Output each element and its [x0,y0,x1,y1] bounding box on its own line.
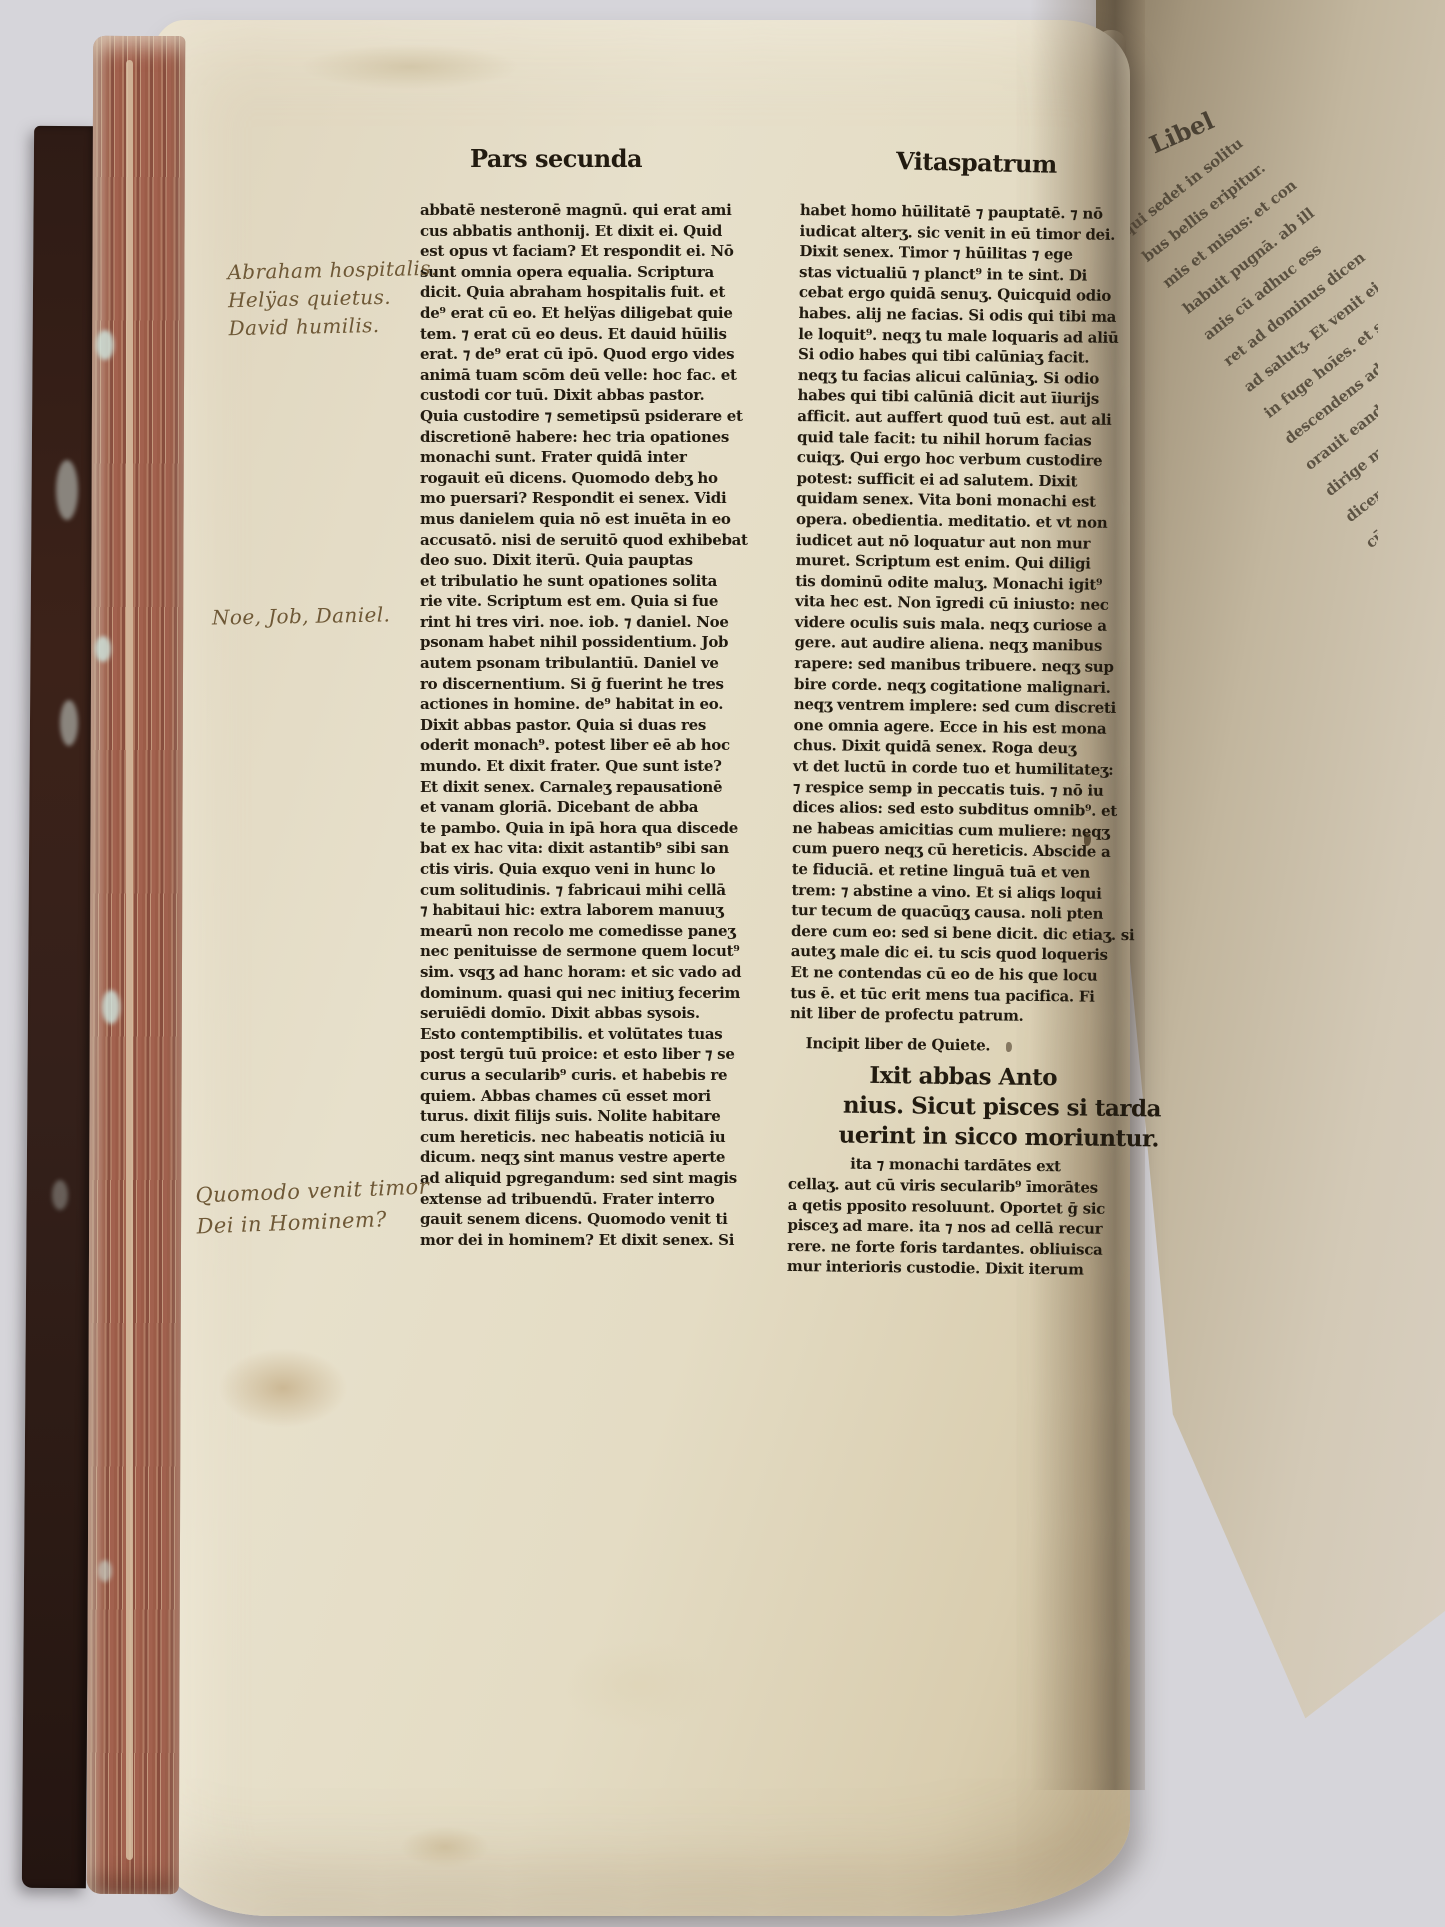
text-line: erat. ⁊ de⁹ erat cū ipō. Quod ergo vides [420,344,750,365]
text-line: rint hi tres viri. noe. iob. ⁊ daniel. N… [420,612,750,633]
fore-edge-scuff [95,636,111,662]
text-line: sim. vsqʒ ad hanc horam: et sic vado ad [420,962,750,983]
text-line: cum solitudinis. ⁊ fabricaui mihi cellā [420,880,750,901]
fore-edge-scuff [96,330,114,360]
text-line: accusatō. nisi de seruitō quod exhibebat [420,530,750,551]
text-line: seruiēdi domīo. Dixit abbas sysois. [420,1003,750,1024]
text-line: mo puersari? Respondit ei senex. Vidi [420,488,750,509]
text-line: mus danielem quia nō est inuēta in eo [420,509,750,530]
text-line: te pambo. Quia in ipā hora qua discede [420,818,750,839]
marginal-note-abraham-helyas-david: Abraham hospitalis.Helÿas quietus.David … [227,254,439,342]
text-line: Abraham hospitalis. [227,254,438,286]
text-line: deo suo. Dixit iterū. Quia pauptas [420,550,750,571]
text-line: de⁹ erat cū eo. Et helÿas diligebat quie [420,303,750,324]
text-line: nit liber de profectu patrum. [790,1003,1125,1028]
stained-fore-edge [87,36,185,1894]
right-column-body: habet homo hūilitatē ⁊ pauptatē. ⁊ nōiud… [790,200,1135,1028]
text-line: Ixit abbas Anto [869,1061,1124,1094]
marginal-note-quomodo-venit-timor: Quomodo venit timorDei in Hominem? [195,1172,431,1243]
text-line: extense ad tribuendū. Frater interro [420,1189,750,1210]
fore-edge-scuff [102,990,120,1024]
photo-of-open-incunable: qui sedet in solitubus bellis eripitur.m… [0,0,1445,1927]
text-line: autem psonam tribulantiū. Daniel ve [420,653,750,674]
fore-edge-scuff [98,1560,112,1582]
text-line: et tribulatio he sunt opationes solita [420,571,750,592]
text-line: dicit. Quia abraham hospitalis fuit. et [420,282,750,303]
text-line: est opus vt faciam? Et respondit ei. Nō [420,241,750,262]
text-line: Dixit abbas pastor. Quia si duas res [420,715,750,736]
text-line: custodi cor tuū. Dixit abbas pastor. [420,385,750,406]
chapter-opening-large-type: Ixit abbas Antonius. Sicut pisces si tar… [788,1060,1124,1154]
text-line: monachi sunt. Frater quidā inter [420,447,750,468]
text-line: dicum. neqʒ sint manus vestre aperte [420,1147,750,1168]
text-line: Quia custodire ⁊ semetipsū psiderare et [420,406,750,427]
text-line: quiem. Abbas chames cū esset mori [420,1086,750,1107]
text-line: discretionē habere: hec tria opationes [420,427,750,448]
text-line: post tergū tuū proice: et esto liber ⁊ s… [420,1044,750,1065]
leather-scuff [56,460,78,520]
running-head-section: Pars secunda [470,144,642,173]
text-line: dominum. quasi qui nec initiuʒ fecerim [420,983,750,1004]
right-column-closing: ita ⁊ monachi tardātes extcellaʒ. aut cū… [787,1153,1123,1281]
incipit-heading: Incipit liber de Quiete. [806,1033,1125,1057]
text-line: rie vite. Scriptum est em. Quia si fue [420,591,750,612]
next-leaf-text-fragments: qui sedet in solitubus bellis eripitur.m… [1114,70,1378,636]
text-line: ⁊ habitaui hic: extra laborem manuuʒ [420,900,750,921]
text-line: Et dixit senex. Carnaleʒ repausationē [420,777,750,798]
text-line: bat ex hac vita: dixit astantib⁹ sibi sa… [420,838,750,859]
fore-edge-streak [126,60,133,1860]
next-leaf-text-strip: qui sedet in solitubus bellis eripitur.m… [1108,70,1378,1690]
text-line: ctis viris. Quia exquo veni in hunc lo [420,859,750,880]
text-line: mearū non recolo me comedisse paneʒ [420,921,750,942]
text-line: psonam habet nihil possidentium. Job [420,632,750,653]
text-line: animā tuam scōm deū velle: hoc fac. et [420,365,750,386]
text-line: tem. ⁊ erat cū eo deus. Et dauid hūilis [420,324,750,345]
running-head-work: Vitaspatrum [896,146,1057,179]
text-line: nius. Sicut pisces si tarda [843,1091,1124,1124]
leather-scuff [60,700,78,746]
leather-scuff [52,1180,68,1210]
text-line: gauit senem dicens. Quomodo venit ti [420,1209,750,1230]
text-line: ad aliquid pgregandum: sed sint magis [420,1168,750,1189]
text-line: Helÿas quietus. [228,282,439,314]
text-line: ro discernentium. Si ḡ fuerint he tres [420,674,750,695]
text-line: uerint in sicco moriuntur. [838,1121,1123,1154]
text-column-left: abbatē nesteronē magnū. qui erat amicus … [420,200,750,1250]
text-line: nec penituisse de sermone quem locut⁹ [420,941,750,962]
marginal-note-noe-job-daniel: Noe, Job, Daniel. [212,602,391,629]
text-line: cus abbatis anthonij. Et dixit ei. Quid [420,221,750,242]
text-line: abbatē nesteronē magnū. qui erat ami [420,200,750,221]
text-line: turus. dixit filijs suis. Nolite habitar… [420,1106,750,1127]
text-column-right: habet homo hūilitatē ⁊ pauptatē. ⁊ nōiud… [787,200,1135,1281]
text-line: mur interioris custodie. Dixit iterum [787,1256,1122,1281]
text-line: rogauit eū dicens. Quomodo debʒ ho [420,468,750,489]
text-line: et vanam gloriā. Dicebant de abba [420,797,750,818]
text-line: curus a secularib⁹ curis. et habebis re [420,1065,750,1086]
text-line: cum hereticis. nec habeatis noticiā iu [420,1127,750,1148]
text-line: oderit monach⁹. potest liber eē ab hoc [420,735,750,756]
text-line: sunt omnia opera equalia. Scriptura [420,262,750,283]
text-line: mor dei in hominem? Et dixit senex. Si [420,1230,750,1251]
text-line: David humilis. [228,310,439,342]
text-line: actiones in homine. de⁹ habitat in eo. [420,694,750,715]
text-line: Esto contemptibilis. et volūtates tuas [420,1024,750,1045]
text-line: mundo. Et dixit frater. Que sunt iste? [420,756,750,777]
